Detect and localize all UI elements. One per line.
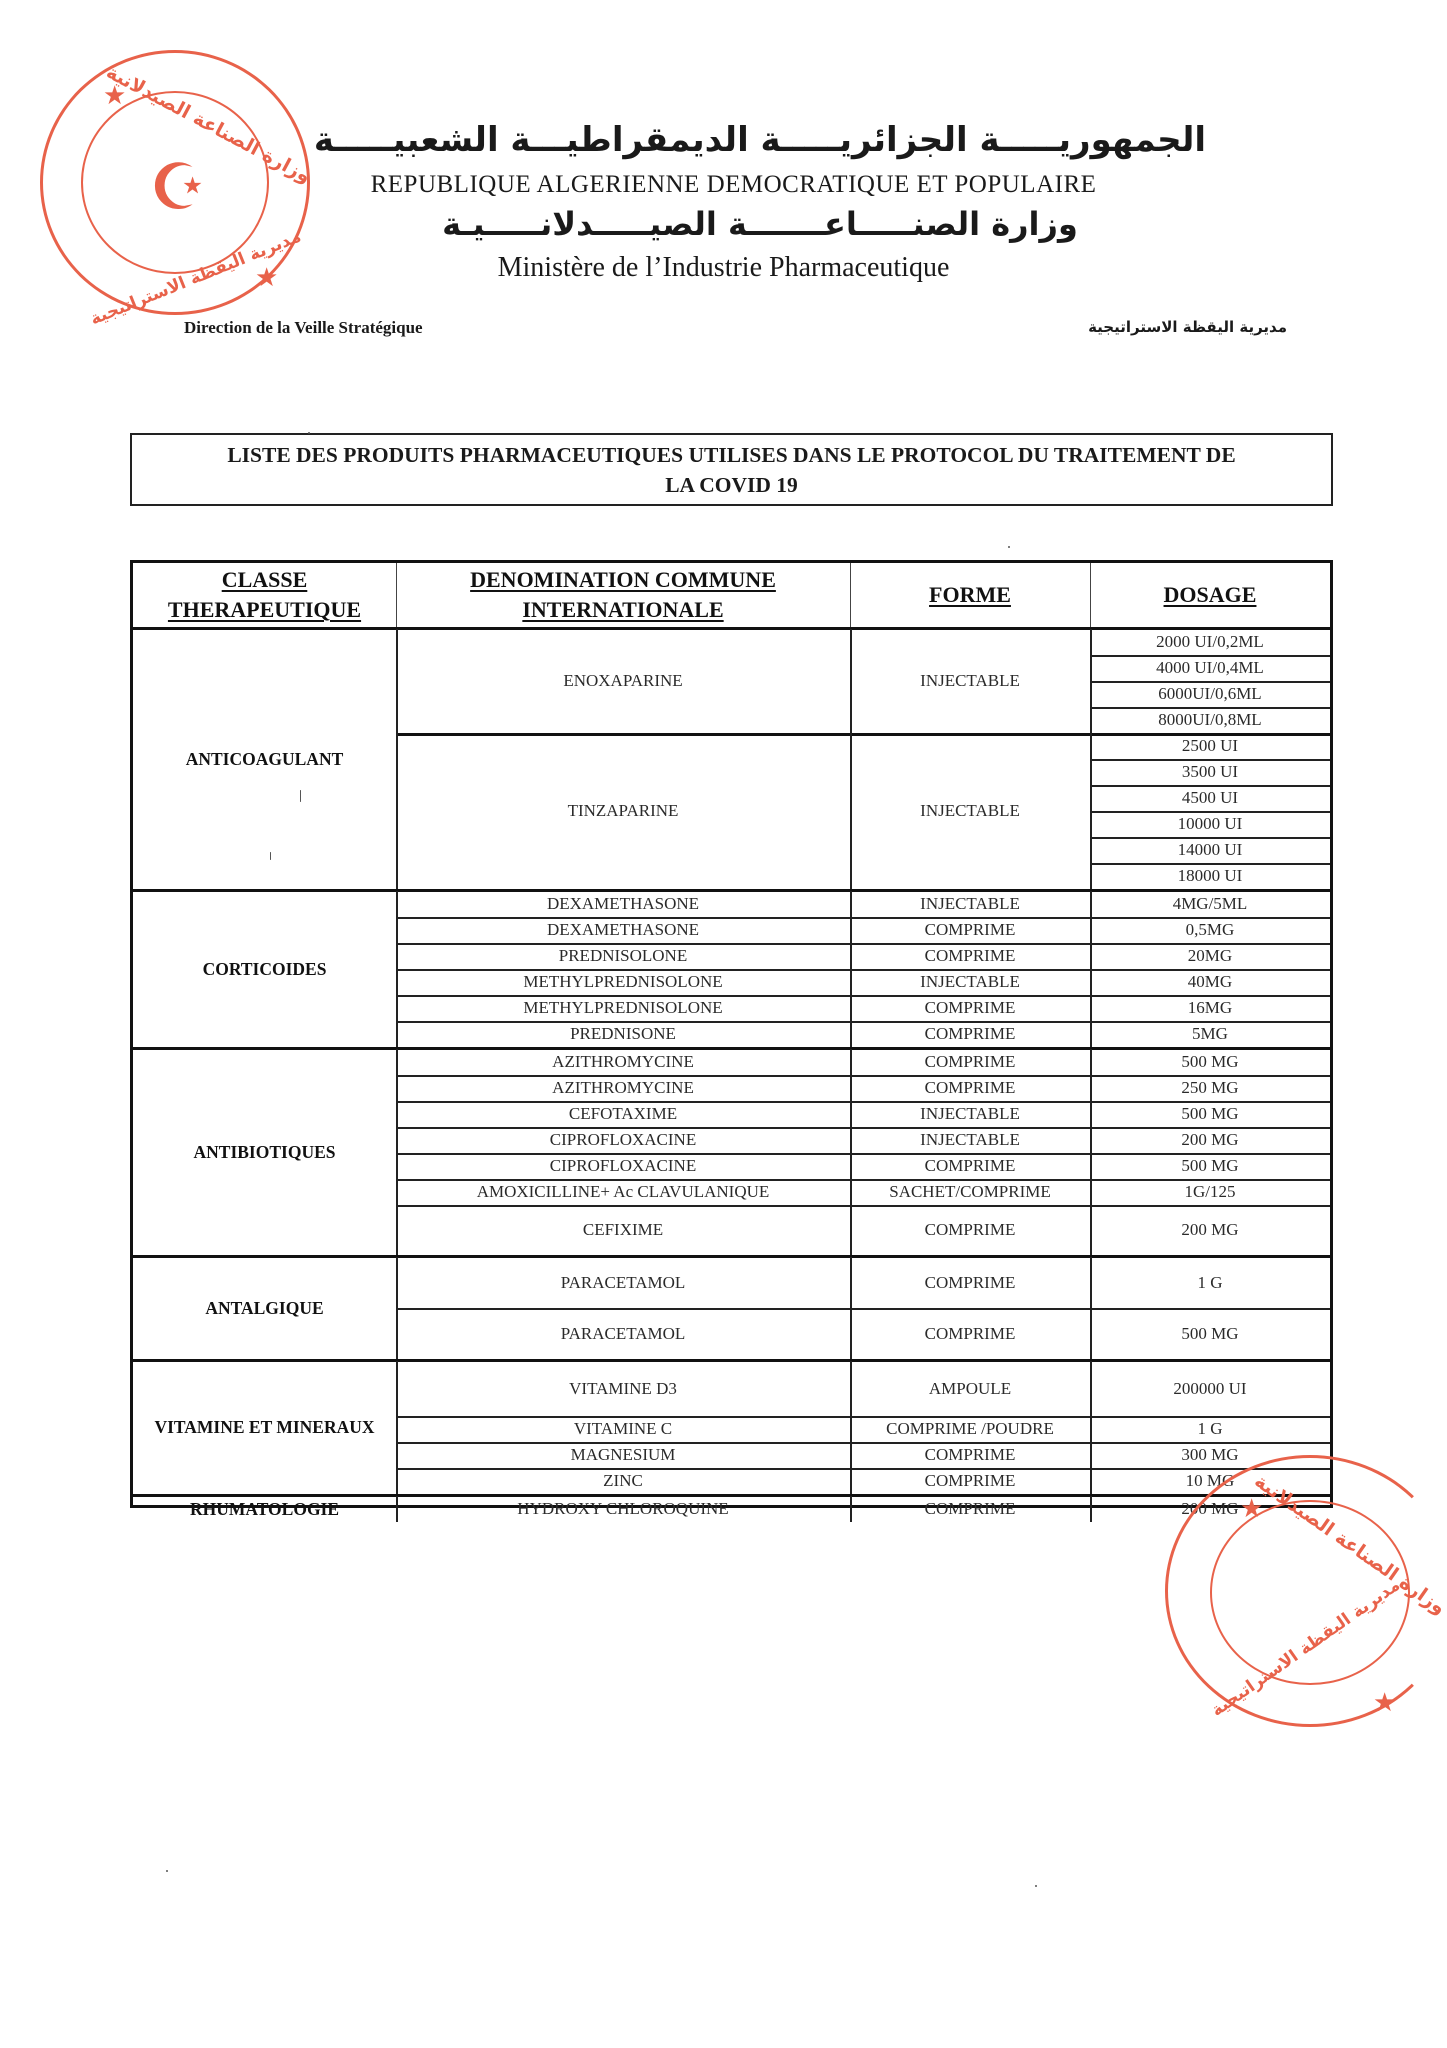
dci-cell: METHYLPREDNISOLONE (396, 969, 850, 995)
table-rule (850, 1361, 852, 1494)
table-rule (396, 1496, 398, 1522)
table-rule (1090, 707, 1330, 709)
dosage-cell: 500 MG (1090, 1308, 1330, 1359)
french-republic-title: REPUBLIQUE ALGERIENNE DEMOCRATIQUE ET PO… (0, 171, 1447, 199)
dosage-cell: 500 MG (1090, 1153, 1330, 1179)
header-text: CLASSE (222, 565, 308, 595)
scan-speck (270, 852, 271, 860)
dosage-cell: 500 MG (1090, 1101, 1330, 1127)
direction-arabic: مديرية اليقظة الاستراتيجية (1088, 318, 1287, 336)
stamp-star-icon: ★ (103, 83, 126, 109)
dci-cell: AZITHROMYCINE (396, 1075, 850, 1101)
direction-french: Direction de la Veille Stratégique (184, 318, 423, 338)
forme-cell: COMPRIME (850, 1308, 1090, 1359)
table-rule (396, 563, 397, 627)
dci-cell: PREDNISONE (396, 1021, 850, 1047)
dosage-cell: 4000 UI/0,4ML (1090, 655, 1330, 681)
forme-cell: COMPRIME (850, 1075, 1090, 1101)
forme-cell: INJECTABLE (850, 891, 1090, 917)
table-rule (850, 629, 852, 889)
document-title: LISTE DES PRODUITS PHARMACEUTIQUES UTILI… (130, 433, 1333, 506)
dosage-cell: 14000 UI (1090, 837, 1330, 863)
dci-cell: AZITHROMYCINE (396, 1049, 850, 1075)
dci-cell: TINZAPARINE (396, 733, 850, 889)
dci-cell: PREDNISOLONE (396, 943, 850, 969)
dci-cell: VITAMINE D3 (396, 1361, 850, 1416)
forme-cell: SACHET/COMPRIME (850, 1179, 1090, 1205)
table-rule (850, 563, 851, 627)
dosage-cell: 200 MG (1090, 1205, 1330, 1255)
table-rule (1090, 681, 1330, 683)
table-rule (1090, 759, 1330, 761)
dci-cell: PARACETAMOL (396, 1308, 850, 1359)
dci-cell: DEXAMETHASONE (396, 891, 850, 917)
scan-speck (300, 790, 301, 802)
forme-cell: COMPRIME (850, 1205, 1090, 1255)
dosage-cell: 20MG (1090, 943, 1330, 969)
ministry-stamp-bottom: وزارة الصناعة الصيدلانية مديرية اليقظة ا… (1165, 1455, 1447, 1727)
scan-speck (1008, 546, 1010, 548)
table-rule (396, 629, 398, 889)
dci-cell: ENOXAPARINE (396, 629, 850, 733)
classe-cell: ANTICOAGULANT (133, 629, 396, 889)
title-line-2: LA COVID 19 (132, 470, 1331, 500)
dosage-cell: 200000 UI (1090, 1361, 1330, 1416)
forme-cell: COMPRIME /POUDRE (850, 1416, 1090, 1442)
forme-cell: COMPRIME (850, 1442, 1090, 1468)
arabic-republic-title: الجمهوريـــــة الجزائريـــــة الديمقراطي… (210, 120, 1310, 160)
dosage-cell: 8000UI/0,8ML (1090, 707, 1330, 733)
stamp-star-icon: ★ (1373, 1690, 1396, 1716)
table-rule (1090, 811, 1330, 813)
classe-cell: CORTICOIDES (133, 891, 396, 1047)
dosage-cell: 2000 UI/0,2ML (1090, 629, 1330, 655)
forme-cell: COMPRIME (850, 995, 1090, 1021)
scan-speck (308, 432, 310, 434)
table-rule (396, 891, 398, 1047)
dosage-cell: 40MG (1090, 969, 1330, 995)
forme-cell: COMPRIME (850, 1257, 1090, 1308)
arabic-ministry-title: وزارة الصنـــــاعـــــــة الصيـــــدلانـ… (210, 205, 1310, 243)
table-rule (850, 1049, 852, 1255)
classe-cell: VITAMINE ET MINERAUX (133, 1361, 396, 1494)
table-rule (1090, 785, 1330, 787)
dci-cell: CIPROFLOXACINE (396, 1153, 850, 1179)
classe-cell: RHUMATOLOGIE (133, 1496, 396, 1522)
table-rule (1090, 1496, 1092, 1522)
scan-speck (166, 1870, 168, 1872)
dci-cell: DEXAMETHASONE (396, 917, 850, 943)
table-rule (850, 1257, 852, 1359)
dci-cell: PARACETAMOL (396, 1257, 850, 1308)
table-rule (1090, 1361, 1092, 1494)
table-rule (850, 891, 852, 1047)
dci-cell: HYDROXY CHLOROQUINE (396, 1496, 850, 1522)
forme-cell: INJECTABLE (850, 1127, 1090, 1153)
stamp-star-icon: ★ (1240, 1496, 1263, 1522)
table-rule (1090, 1049, 1092, 1255)
french-ministry-title: Ministère de l’Industrie Pharmaceutique (0, 252, 1447, 284)
table-rule (1090, 629, 1092, 889)
dci-cell: MAGNESIUM (396, 1442, 850, 1468)
table-rule (396, 1049, 398, 1255)
dci-cell: METHYLPREDNISOLONE (396, 995, 850, 1021)
scan-speck (1035, 1885, 1037, 1887)
header-dci: DENOMINATION COMMUNEINTERNATIONALE (396, 563, 850, 627)
dosage-cell: 16MG (1090, 995, 1330, 1021)
table-rule (1090, 863, 1330, 865)
dci-cell: ZINC (396, 1468, 850, 1494)
table-rule (396, 1361, 398, 1494)
table-rule (396, 1257, 398, 1359)
table-rule (1090, 563, 1091, 627)
dci-cell: VITAMINE C (396, 1416, 850, 1442)
title-line-1: LISTE DES PRODUITS PHARMACEUTIQUES UTILI… (132, 440, 1331, 470)
classe-cell: ANTIBIOTIQUES (133, 1049, 396, 1255)
table-rule (1090, 1257, 1092, 1359)
forme-cell: INJECTABLE (850, 733, 1090, 889)
forme-cell: INJECTABLE (850, 629, 1090, 733)
dosage-cell: 0,5MG (1090, 917, 1330, 943)
dosage-cell: 1 G (1090, 1257, 1330, 1308)
table-rule (1090, 655, 1330, 657)
dosage-cell: 4500 UI (1090, 785, 1330, 811)
forme-cell: COMPRIME (850, 1049, 1090, 1075)
header-text: INTERNATIONALE (522, 595, 723, 625)
forme-cell: COMPRIME (850, 1153, 1090, 1179)
dosage-cell: 250 MG (1090, 1075, 1330, 1101)
dosage-cell: 2500 UI (1090, 733, 1330, 759)
dosage-cell: 6000UI/0,6ML (1090, 681, 1330, 707)
dci-cell: CIPROFLOXACINE (396, 1127, 850, 1153)
header-text: DENOMINATION COMMUNE (470, 565, 776, 595)
dosage-cell: 1G/125 (1090, 1179, 1330, 1205)
dosage-cell: 10000 UI (1090, 811, 1330, 837)
dosage-cell: 4MG/5ML (1090, 891, 1330, 917)
forme-cell: COMPRIME (850, 1021, 1090, 1047)
forme-cell: INJECTABLE (850, 969, 1090, 995)
header-classe: CLASSETHERAPEUTIQUE (133, 563, 396, 627)
header-dosage: DOSAGE (1090, 563, 1330, 627)
dosage-cell: 1 G (1090, 1416, 1330, 1442)
dosage-cell: 500 MG (1090, 1049, 1330, 1075)
dosage-cell: 200 MG (1090, 1127, 1330, 1153)
table-rule (1090, 891, 1092, 1047)
forme-cell: COMPRIME (850, 1496, 1090, 1522)
dosage-cell: 3500 UI (1090, 759, 1330, 785)
forme-cell: AMPOULE (850, 1361, 1090, 1416)
table-rule (850, 1496, 852, 1522)
dci-cell: CEFOTAXIME (396, 1101, 850, 1127)
forme-cell: COMPRIME (850, 1468, 1090, 1494)
table-rule (1090, 837, 1330, 839)
dci-cell: AMOXICILLINE+ Ac CLAVULANIQUE (396, 1179, 850, 1205)
dci-cell: CEFIXIME (396, 1205, 850, 1255)
forme-cell: COMPRIME (850, 943, 1090, 969)
forme-cell: INJECTABLE (850, 1101, 1090, 1127)
products-table: CLASSETHERAPEUTIQUEDENOMINATION COMMUNEI… (130, 560, 1333, 1508)
header-forme: FORME (850, 563, 1090, 627)
classe-cell: ANTALGIQUE (133, 1257, 396, 1359)
forme-cell: COMPRIME (850, 917, 1090, 943)
dosage-cell: 18000 UI (1090, 863, 1330, 889)
header-text: THERAPEUTIQUE (168, 595, 361, 625)
dosage-cell: 5MG (1090, 1021, 1330, 1047)
